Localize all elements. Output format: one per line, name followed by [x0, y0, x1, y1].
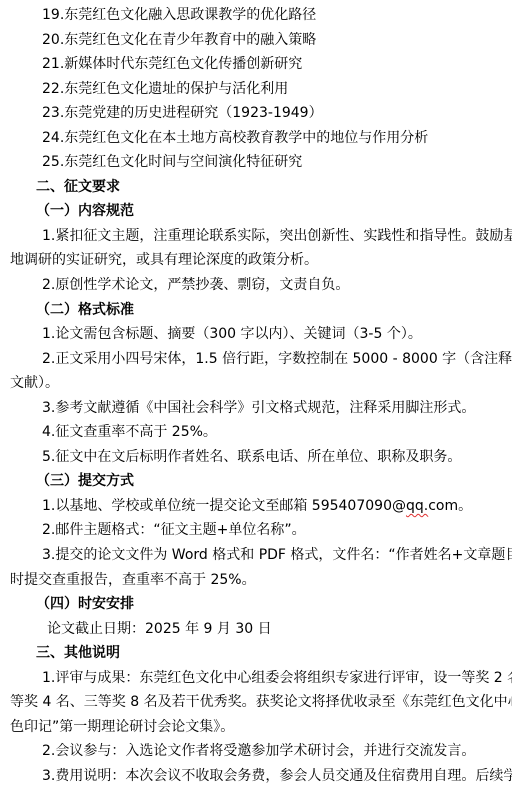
- topic-item-23: 23.东莞党建的历史进程研究（1923-1949）: [0, 101, 512, 126]
- email-line: 1.以基地、学校或单位统一提交论文至邮箱 595407090@qq.com。: [0, 494, 512, 519]
- paragraph-line: 4.征文查重率不高于 25%。: [0, 420, 512, 445]
- subsection-content-standards: （一）内容规范: [0, 199, 512, 224]
- paragraph-line: 地调研的实证研究，或具有理论深度的政策分析。: [0, 248, 512, 273]
- paragraph-line: 5.征文中在文后标明作者姓名、联系电话、所在单位、职称及职务。: [0, 445, 512, 470]
- paragraph-line: 2.会议参与：入选论文作者将受邀参加学术研讨会，并进行交流发言。: [0, 739, 512, 764]
- paragraph-line: 3.参考文献遵循《中国社会科学》引文格式规范，注释采用脚注形式。: [0, 396, 512, 421]
- document-page: 19.东莞红色文化融入思政课教学的优化路径 20.东莞红色文化在青少年教育中的融…: [0, 0, 512, 789]
- section-title-other-notes: 三、其他说明: [0, 641, 512, 666]
- paragraph-line: 3.费用说明：本次会议不收取会务费，参会人员交通及住宿费用自理。后续学术研: [0, 764, 512, 789]
- email-text-post: com。: [428, 498, 472, 514]
- paragraph-line: 2.原创性学术论文，严禁抄袭、剽窃，文责自负。: [0, 273, 512, 298]
- paragraph-line: 2.邮件主题格式：“征文主题+单位名称”。: [0, 518, 512, 543]
- paragraph-line: 1.论文需包含标题、摘要（300 字以内）、关键词（3-5 个）。: [0, 322, 512, 347]
- subsection-schedule: （四）时安安排: [0, 592, 512, 617]
- paragraph-line: 1.评审与成果：东莞红色文化中心组委会将组织专家进行评审，设一等奖 2 名、二: [0, 666, 512, 691]
- paragraph-line: 等奖 4 名、三等奖 8 名及若干优秀奖。获奖论文将择优收录至《东莞红色文化中心…: [0, 690, 512, 715]
- topic-item-19: 19.东莞红色文化融入思政课教学的优化路径: [0, 3, 512, 28]
- subsection-format-standards: （二）格式标准: [0, 298, 512, 323]
- email-flagged-word: qq.: [406, 498, 428, 514]
- paragraph-line: 1.紧扣征文主题，注重理论联系实际，突出创新性、实践性和指导性。鼓励基于实: [0, 224, 512, 249]
- topic-item-22: 22.东莞红色文化遗址的保护与活化利用: [0, 77, 512, 102]
- paragraph-line: 时提交查重报告，查重率不高于 25%。: [0, 568, 512, 593]
- section-title-requirements: 二、征文要求: [0, 175, 512, 200]
- paragraph-line: 3.提交的论文文件为 Word 格式和 PDF 格式，文件名：“作者姓名+文章题…: [0, 543, 512, 568]
- deadline-line: 论文截止日期：2025 年 9 月 30 日: [0, 617, 512, 642]
- subsection-submission-method: （三）提交方式: [0, 469, 512, 494]
- topic-item-25: 25.东莞红色文化时间与空间演化特征研究: [0, 150, 512, 175]
- email-text-pre: 1.以基地、学校或单位统一提交论文至邮箱 595407090@: [42, 498, 406, 514]
- paragraph-line: 色印记”第一期理论研讨会论文集》。: [0, 715, 512, 740]
- topic-item-24: 24.东莞红色文化在本土地方高校教育教学中的地位与作用分析: [0, 126, 512, 151]
- topic-item-21: 21.新媒体时代东莞红色文化传播创新研究: [0, 52, 512, 77]
- topic-item-20: 20.东莞红色文化在青少年教育中的融入策略: [0, 28, 512, 53]
- paragraph-line: 2.正文采用小四号宋体，1.5 倍行距，字数控制在 5000 - 8000 字（…: [0, 347, 512, 372]
- paragraph-line: 文献）。: [0, 371, 512, 396]
